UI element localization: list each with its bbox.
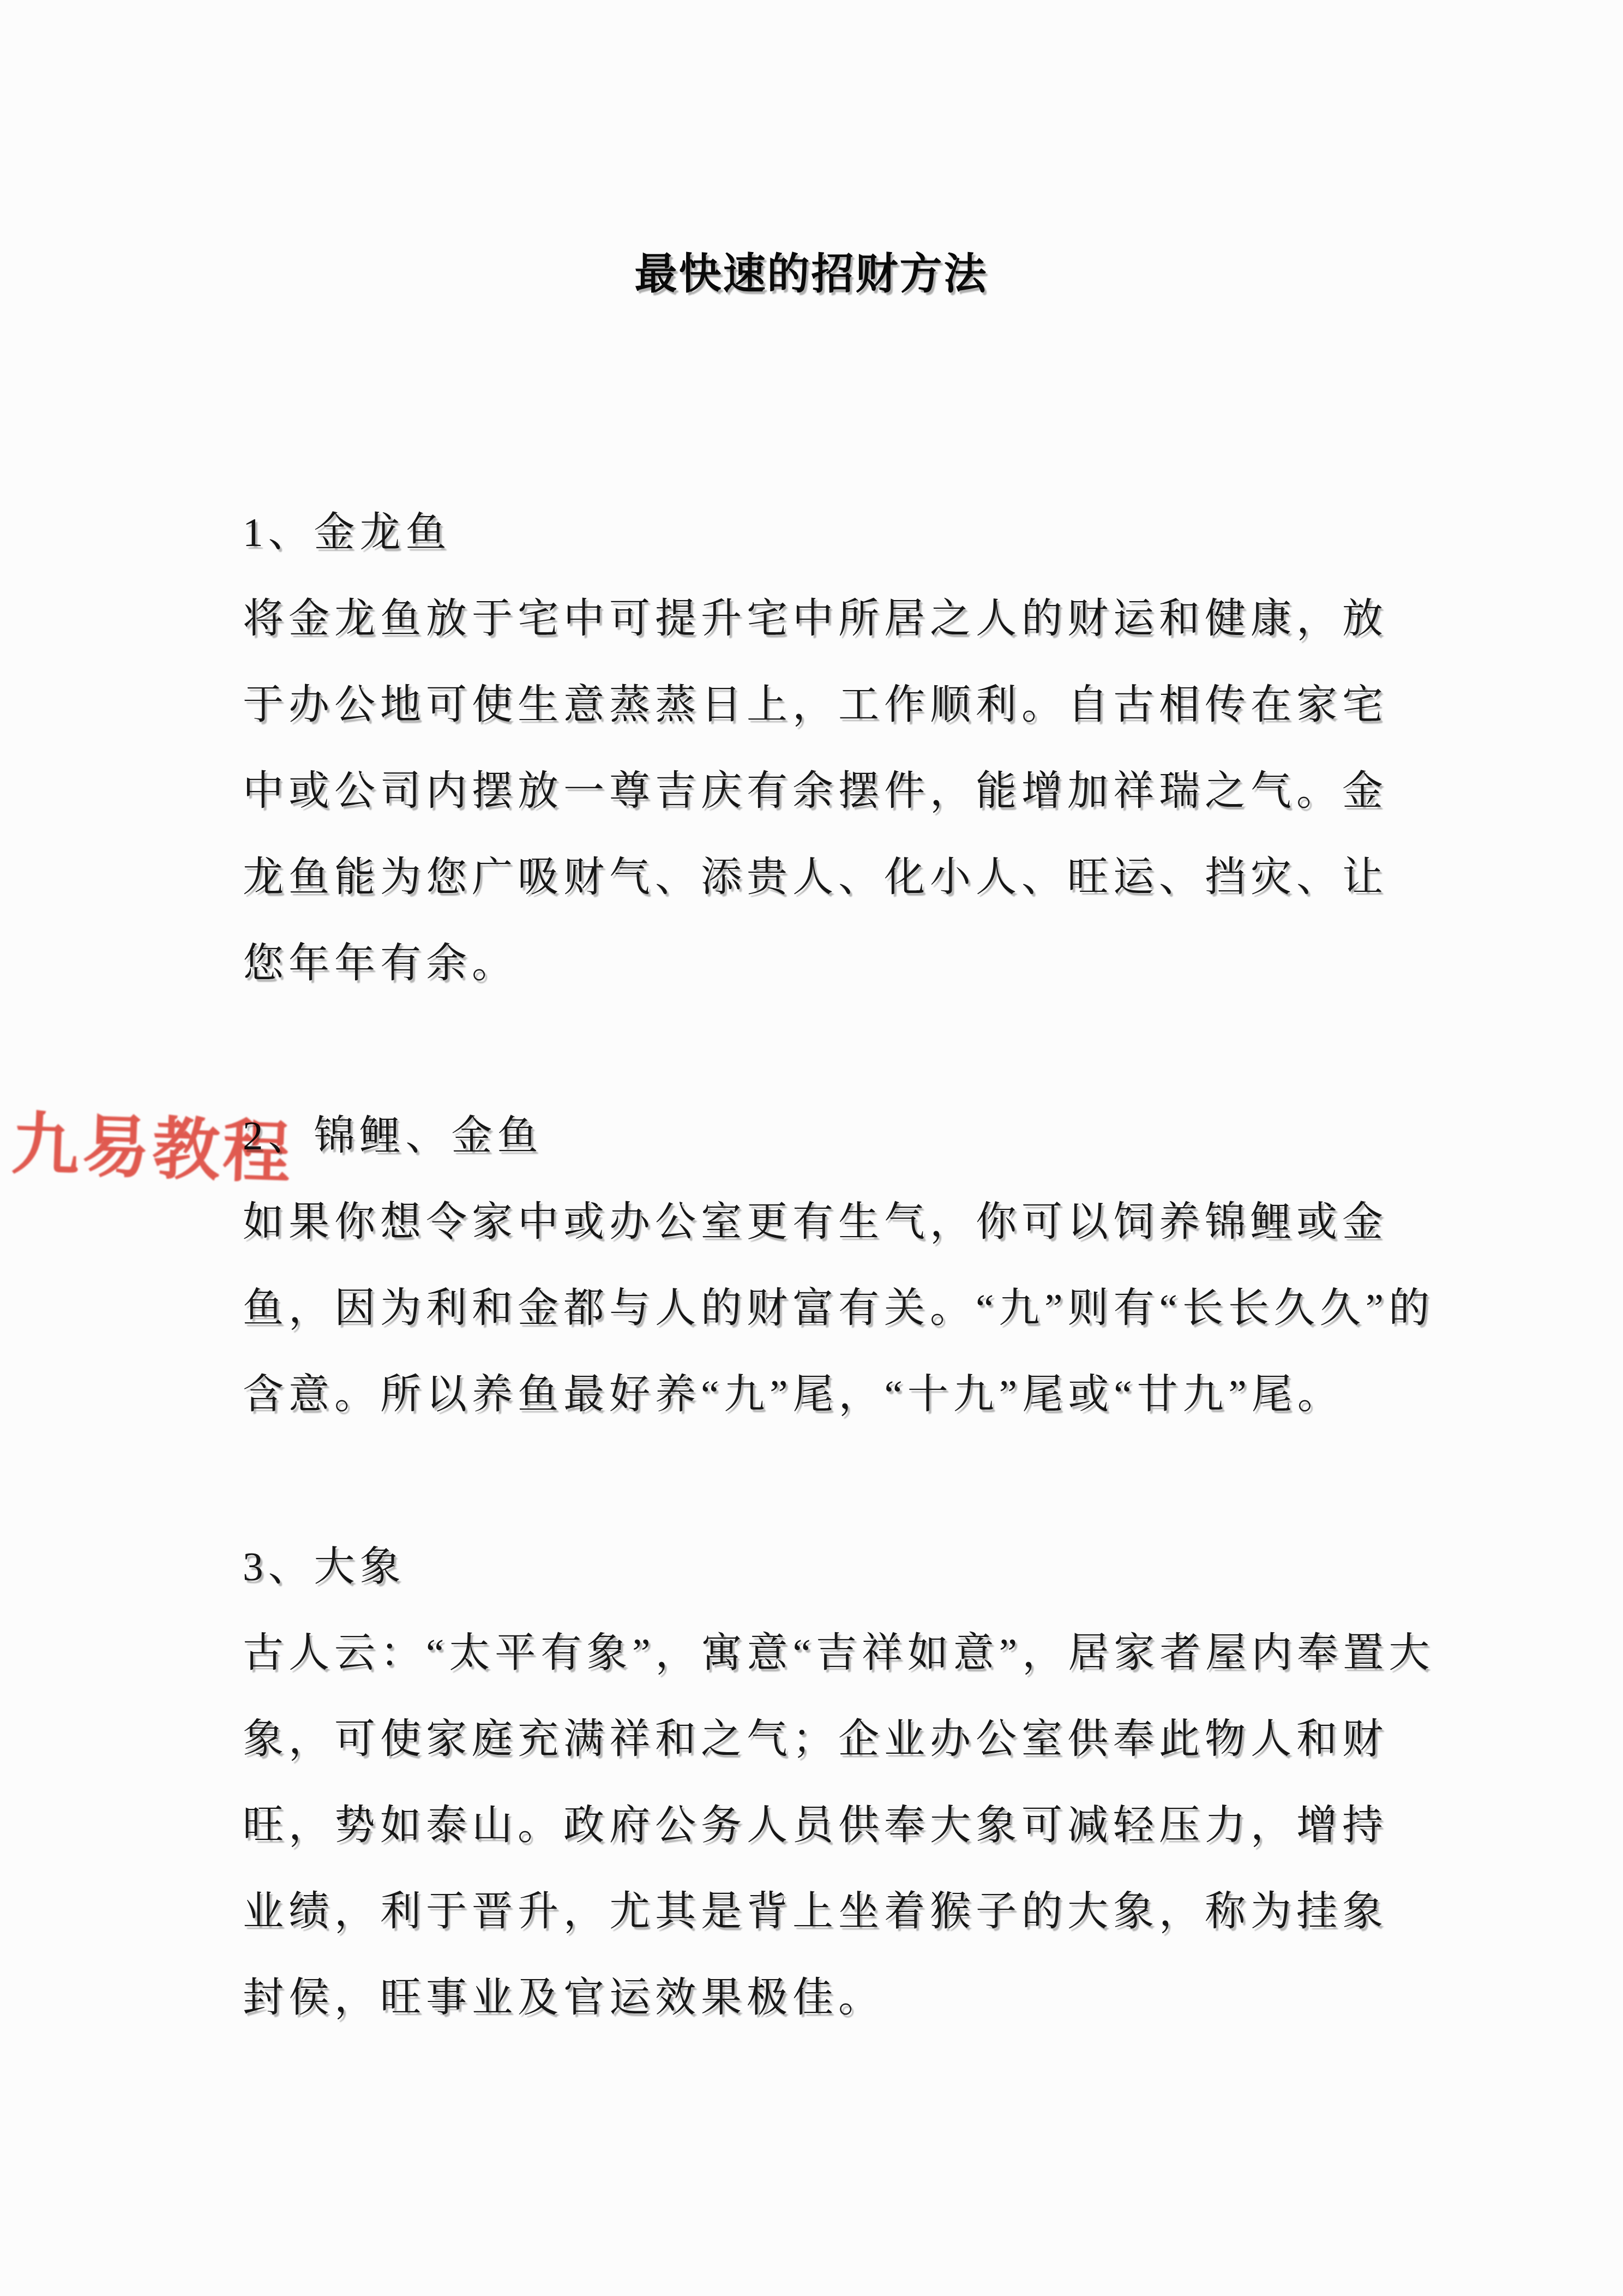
paragraph-line: 龙鱼能为您广吸财气、添贵人、化小人、旺运、挡灾、让 bbox=[243, 835, 1380, 921]
paragraph-line: 于办公地可使生意蒸蒸日上，工作顺利。自古相传在家宅 bbox=[243, 662, 1380, 748]
document-content: 最快速的招财方法 1、金龙鱼 将金龙鱼放于宅中可提升宅中所居之人的财运和健康，放… bbox=[243, 231, 1380, 2041]
paragraph-line: 象，可使家庭充满祥和之气；企业办公室供奉此物人和财 bbox=[243, 1696, 1380, 1783]
document-page: 最快速的招财方法 1、金龙鱼 将金龙鱼放于宅中可提升宅中所居之人的财运和健康，放… bbox=[0, 0, 1623, 2296]
section-heading-2: 2、锦鲤、金鱼 bbox=[243, 1093, 1380, 1179]
paragraph-line: 中或公司内摆放一尊吉庆有余摆件，能增加祥瑞之气。金 bbox=[243, 748, 1380, 835]
paragraph-line: 鱼，因为利和金都与人的财富有关。“九”则有“长长久久”的 bbox=[243, 1266, 1380, 1352]
section-heading-3: 3、大象 bbox=[243, 1524, 1380, 1610]
paragraph-line: 封侯，旺事业及官运效果极佳。 bbox=[243, 1955, 1380, 2041]
paragraph-line: 如果你想令家中或办公室更有生气，你可以饲养锦鲤或金 bbox=[243, 1179, 1380, 1266]
watermark-text: 九易教程 bbox=[10, 1105, 294, 1193]
paragraph-line: 您年年有余。 bbox=[243, 921, 1380, 1007]
paragraph-line: 旺，势如泰山。政府公务人员供奉大象可减轻压力，增持 bbox=[243, 1783, 1380, 1869]
paragraph-line: 古人云：“太平有象”，寓意“吉祥如意”，居家者屋内奉置大 bbox=[243, 1610, 1380, 1696]
section-heading-1: 1、金龙鱼 bbox=[243, 490, 1380, 576]
paragraph-line: 将金龙鱼放于宅中可提升宅中所居之人的财运和健康，放 bbox=[243, 576, 1380, 662]
page-title: 最快速的招财方法 bbox=[243, 231, 1380, 317]
paragraph-line: 含意。所以养鱼最好养“九”尾，“十九”尾或“廿九”尾。 bbox=[243, 1352, 1380, 1438]
paragraph-line: 业绩，利于晋升，尤其是背上坐着猴子的大象，称为挂象 bbox=[243, 1869, 1380, 1955]
